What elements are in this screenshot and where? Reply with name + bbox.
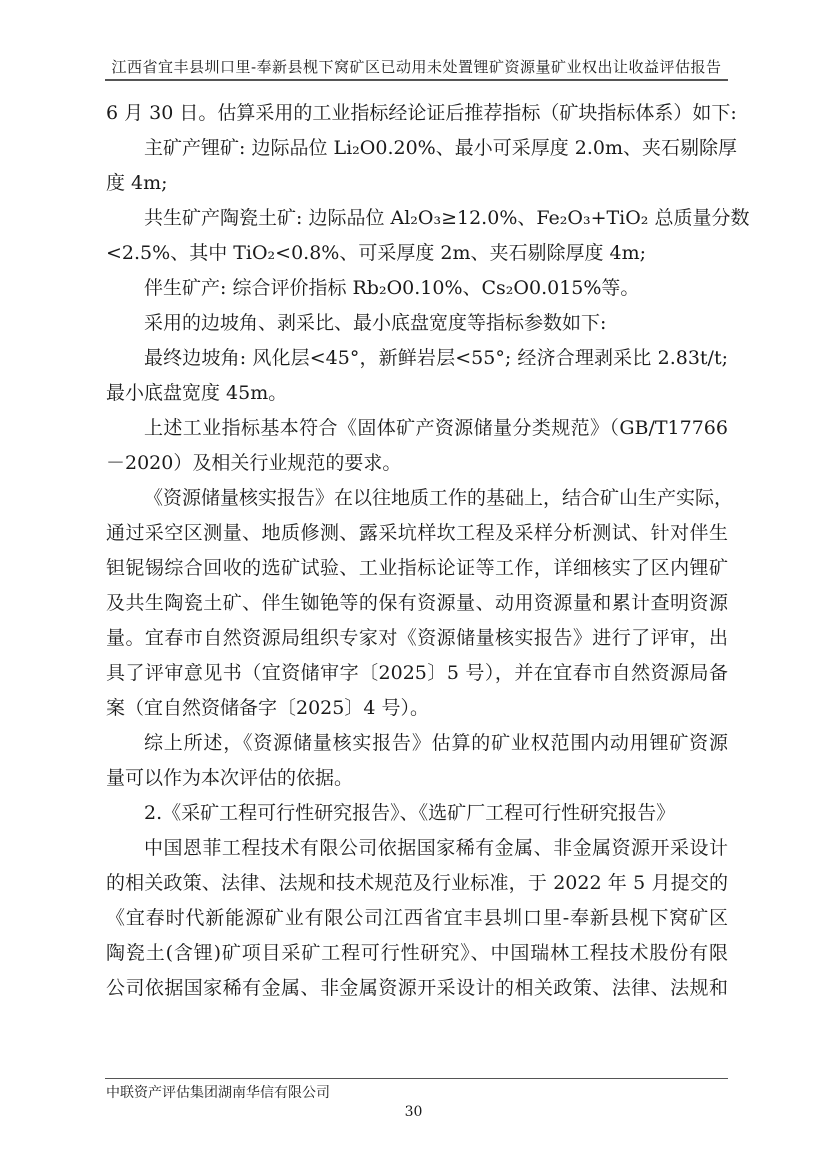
- text-line: 主矿产锂矿: 边际品位 Li₂O0.20%、最小可采厚度 2.0m、夹石剔除厚: [106, 131, 728, 166]
- text-line: 《资源储量核实报告》在以往地质工作的基础上，结合矿山生产实际，: [106, 481, 728, 516]
- text-line: －2020）及相关行业规范的要求。: [106, 446, 728, 481]
- report-title: 江西省宜丰县圳口里-奉新县枧下窝矿区已动用未处置锂矿资源量矿业权出让收益评估报告: [105, 56, 728, 77]
- text-line: 6 月 30 日。估算采用的工业指标经论证后推荐指标（矿块指标体系）如下:: [106, 96, 728, 131]
- text-line: 伴生矿产: 综合评价指标 Rb₂O0.10%、Cs₂O0.015%等。: [106, 271, 728, 306]
- footer-company-name: 中联资产评估集团湖南华信有限公司: [106, 1082, 330, 1102]
- footer-divider: [105, 1078, 728, 1079]
- text-line: 具了评审意见书（宜资储审字〔2025〕5 号），并在宜春市自然资源局备: [106, 656, 728, 691]
- text-line: 度 4m;: [106, 166, 728, 201]
- text-line: 《宜春时代新能源矿业有限公司江西省宜丰县圳口里-奉新县枧下窝矿区: [106, 901, 728, 936]
- text-line: 陶瓷土(含锂)矿项目采矿工程可行性研究》、中国瑞林工程技术股份有限: [106, 936, 728, 971]
- text-line: 案（宜自然资储备字〔2025〕4 号）。: [106, 691, 728, 726]
- document-body: 6 月 30 日。估算采用的工业指标经论证后推荐指标（矿块指标体系）如下: 主矿…: [106, 96, 728, 1006]
- text-line: 通过采空区测量、地质修测、露采坑样坎工程及采样分析测试、针对伴生: [106, 516, 728, 551]
- text-line: 最终边坡角: 风化层<45°，新鲜岩层<55°; 经济合理剥采比 2.83t/t…: [106, 341, 728, 376]
- text-line: 量。宜春市自然资源局组织专家对《资源储量核实报告》进行了评审，出: [106, 621, 728, 656]
- text-line: 综上所述，《资源储量核实报告》估算的矿业权范围内动用锂矿资源: [106, 726, 728, 761]
- text-line: 最小底盘宽度 45m。: [106, 376, 728, 411]
- text-line: 量可以作为本次评估的依据。: [106, 761, 728, 796]
- header-divider: [105, 79, 728, 81]
- text-line: 钽铌锡综合回收的选矿试验、工业指标论证等工作，详细核实了区内锂矿: [106, 551, 728, 586]
- page-number: 30: [0, 1104, 827, 1120]
- text-line: <2.5%、其中 TiO₂<0.8%、可采厚度 2m、夹石剔除厚度 4m;: [106, 236, 728, 271]
- text-line: 的相关政策、法律、法规和技术规范及行业标准，于 2022 年 5 月提交的: [106, 866, 728, 901]
- text-line: 公司依据国家稀有金属、非金属资源开采设计的相关政策、法律、法规和: [106, 971, 728, 1006]
- section-heading: 2.《采矿工程可行性研究报告》、《选矿厂工程可行性研究报告》: [106, 796, 728, 831]
- text-line: 共生矿产陶瓷土矿: 边际品位 Al₂O₃≥12.0%、Fe₂O₃+TiO₂ 总质…: [106, 201, 728, 236]
- text-line: 采用的边坡角、剥采比、最小底盘宽度等指标参数如下:: [106, 306, 728, 341]
- text-line: 中国恩菲工程技术有限公司依据国家稀有金属、非金属资源开采设计: [106, 831, 728, 866]
- text-line: 及共生陶瓷土矿、伴生铷铯等的保有资源量、动用资源量和累计查明资源: [106, 586, 728, 621]
- text-line: 上述工业指标基本符合《固体矿产资源储量分类规范》（GB/T17766: [106, 411, 728, 446]
